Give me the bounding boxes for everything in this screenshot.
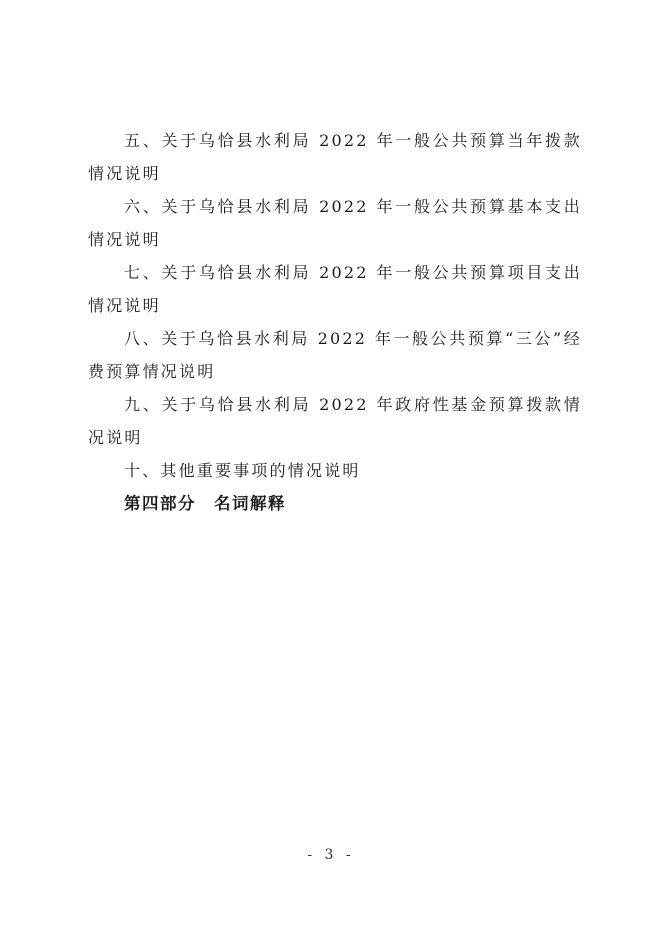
toc-item-10: 十、其他重要事项的情况说明: [88, 454, 582, 487]
toc-item-6: 六、关于乌恰县水利局 2022 年一般公共预算基本支出情况说明: [88, 190, 582, 256]
table-of-contents: 五、关于乌恰县水利局 2022 年一般公共预算当年拨款情况说明 六、关于乌恰县水…: [88, 124, 582, 520]
toc-item-5: 五、关于乌恰县水利局 2022 年一般公共预算当年拨款情况说明: [88, 124, 582, 190]
page-number: - 3 -: [0, 847, 662, 863]
section-heading-part-four: 第四部分 名词解释: [88, 487, 582, 520]
toc-item-7: 七、关于乌恰县水利局 2022 年一般公共预算项目支出情况说明: [88, 256, 582, 322]
toc-item-9: 九、关于乌恰县水利局 2022 年政府性基金预算拨款情况说明: [88, 388, 582, 454]
toc-item-8: 八、关于乌恰县水利局 2022 年一般公共预算“三公”经费预算情况说明: [88, 322, 582, 388]
document-page: 五、关于乌恰县水利局 2022 年一般公共预算当年拨款情况说明 六、关于乌恰县水…: [0, 0, 662, 936]
